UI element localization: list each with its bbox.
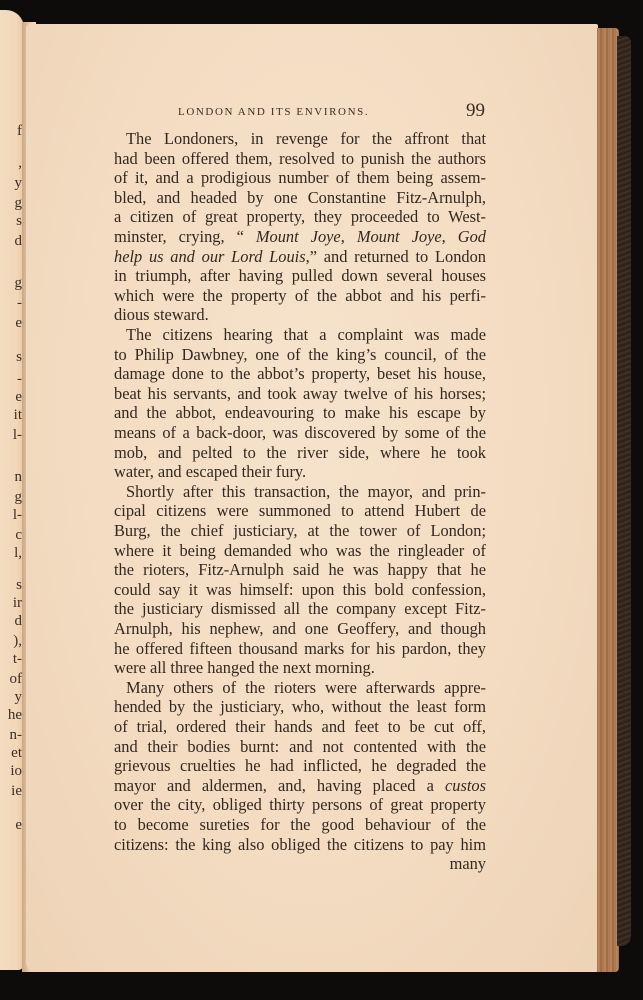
- text-line: grievous cruelties he had inflicted, he …: [114, 757, 486, 775]
- left-page-text-fragment: g: [0, 276, 22, 291]
- text-line: of trial, ordered their hands and feet t…: [114, 718, 486, 736]
- left-page-text-fragment: e: [0, 818, 22, 833]
- left-page-text-fragment: ie: [0, 784, 22, 799]
- text-line: Burg, the chief justiciary, at the tower…: [114, 522, 486, 540]
- book-cover-edge: [617, 36, 631, 946]
- left-page-text-fragment: y: [0, 690, 22, 705]
- left-page-text-fragment: et: [0, 746, 22, 761]
- left-page-text-fragment: ir: [0, 596, 22, 611]
- text-line: had been offered them, resolved to punis…: [114, 150, 486, 168]
- left-page-text-fragment: c: [0, 528, 22, 543]
- left-page-text-fragment: it: [0, 408, 22, 423]
- left-page-sliver: f,ygsdg-es-eitl-ngl-cl,sird),t-ofyhen-et…: [0, 10, 24, 970]
- left-page-text-fragment: l-: [0, 508, 22, 523]
- text-line: a citizen of great property, they procee…: [114, 208, 486, 226]
- text-line: hended by the justiciary, who, without t…: [114, 698, 486, 716]
- text-line: mayor and aldermen, and, having placed a…: [114, 777, 486, 795]
- left-page-text-fragment: of: [0, 672, 22, 687]
- left-page-text-fragment: e: [0, 390, 22, 405]
- text-line: help us and our Lord Louis,” and returne…: [114, 248, 486, 266]
- left-page-text-fragment: e: [0, 316, 22, 331]
- left-page-text-fragment: l-: [0, 428, 22, 443]
- text-line: cipal citizens were summoned to attend H…: [114, 502, 486, 520]
- left-page-text-fragment: l,: [0, 546, 22, 561]
- text-line: and the abbot, endeavouring to make his …: [114, 404, 486, 422]
- text-line: the rioters, Fitz-Arnulph said he was ha…: [114, 561, 486, 579]
- text-line: The citizens hearing that a complaint wa…: [114, 326, 486, 344]
- text-line: which were the property of the abbot and…: [114, 287, 486, 305]
- left-page-text-fragment: g: [0, 196, 22, 211]
- text-line: The Londoners, in revenge for the affron…: [114, 130, 486, 148]
- text-line: minster, crying, “ Mount Joye, Mount Joy…: [114, 228, 486, 246]
- text-line: of it, and a prodigious number of them b…: [114, 169, 486, 187]
- text-line: to become sureties for the good behaviou…: [114, 816, 486, 834]
- text-line: were all three hanged the next morning.: [114, 659, 486, 677]
- text-line: mob, and pelted to the river side, where…: [114, 444, 486, 462]
- text-line: bled, and headed by one Constantine Fitz…: [114, 189, 486, 207]
- text-line: the justiciary dismissed all the company…: [114, 600, 486, 618]
- text-line: Many others of the rioters were afterwar…: [114, 679, 486, 697]
- left-page-text-fragment: io: [0, 764, 22, 779]
- left-page-text-fragment: s: [0, 578, 22, 593]
- left-page-text-fragment: f: [0, 124, 22, 139]
- left-page-text-fragment: d: [0, 234, 22, 249]
- text-line: where it being demanded who was the ring…: [114, 542, 486, 560]
- left-page-text-fragment: t-: [0, 652, 22, 667]
- text-line: many: [114, 855, 486, 873]
- text-line: water, and escaped their fury.: [114, 463, 486, 481]
- text-line: over the city, obliged thirty persons of…: [114, 796, 486, 814]
- left-page-text-fragment: g: [0, 490, 22, 505]
- text-line: and their bodies burnt: and not contente…: [114, 738, 486, 756]
- text-line: he offered fifteen thousand marks for hi…: [114, 640, 486, 658]
- running-head: LONDON AND ITS ENVIRONS.: [178, 106, 369, 118]
- page-block-edge: [597, 28, 619, 972]
- left-page-text-fragment: y: [0, 176, 22, 191]
- text-line: Arnulph, his nephew, and one Geoffery, a…: [114, 620, 486, 638]
- text-line: means of a back-door, was discovered by …: [114, 424, 486, 442]
- left-page-text-fragment: n: [0, 470, 22, 485]
- left-page-text-fragment: -: [0, 296, 22, 311]
- left-page-text-fragment: -: [0, 372, 22, 387]
- text-line: beat his servants, and took away twelve …: [114, 385, 486, 403]
- left-page-text-fragment: s: [0, 350, 22, 365]
- text-line: Shortly after this transaction, the mayo…: [114, 483, 486, 501]
- left-page-text-fragment: ),: [0, 634, 22, 649]
- left-page-text-fragment: n-: [0, 728, 22, 743]
- text-line: damage done to the abbot’s property, bes…: [114, 365, 486, 383]
- text-line: to Philip Dawbney, one of the king’s cou…: [114, 346, 486, 364]
- left-page-text-fragment: s: [0, 214, 22, 229]
- page-number: 99: [466, 100, 485, 122]
- text-line: citizens: the king also obliged the citi…: [114, 836, 486, 854]
- text-line: could say it was himself: upon this bold…: [114, 581, 486, 599]
- book-photo: f,ygsdg-es-eitl-ngl-cl,sird),t-ofyhen-et…: [0, 0, 643, 1000]
- text-line: in triumph, after having pulled down sev…: [114, 267, 486, 285]
- left-page-text-fragment: d: [0, 614, 22, 629]
- left-page-text-fragment: ,: [0, 156, 22, 171]
- left-page-text-fragment: he: [0, 708, 22, 723]
- text-line: dious steward.: [114, 306, 486, 324]
